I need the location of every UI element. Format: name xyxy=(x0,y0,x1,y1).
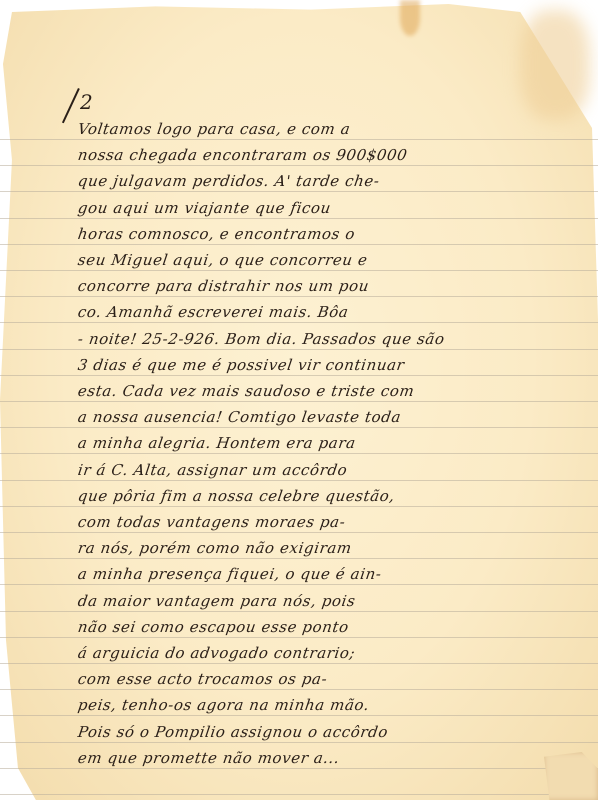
ruled-line xyxy=(0,165,598,166)
text-line: - noite! 25-2-926. Bom dia. Passados que… xyxy=(77,330,592,348)
ruled-line xyxy=(0,558,598,559)
text-line: a nossa ausencia! Comtigo levaste toda xyxy=(77,408,592,426)
ruled-line xyxy=(0,139,598,140)
paper-stain xyxy=(520,10,590,120)
ruled-line xyxy=(0,218,598,219)
text-line: a minha alegria. Hontem era para xyxy=(77,434,592,452)
ruled-line xyxy=(0,453,598,454)
ruled-line xyxy=(0,191,598,192)
ruled-line xyxy=(0,742,598,743)
ruled-line xyxy=(0,480,598,481)
text-line: em que promette não mover a... xyxy=(77,749,592,767)
ruled-line xyxy=(0,768,598,769)
text-line: ir á C. Alta, assignar um accôrdo xyxy=(77,461,592,479)
ruled-line xyxy=(0,296,598,297)
page-number: 2 xyxy=(80,90,93,114)
text-line: com esse acto trocamos os pa- xyxy=(77,670,592,688)
text-line: que julgavam perdidos. A' tarde che- xyxy=(77,172,592,190)
text-line: da maior vantagem para nós, pois xyxy=(77,592,592,610)
ruled-line xyxy=(0,611,598,612)
text-line: Pois só o Pompilio assignou o accôrdo xyxy=(77,723,592,741)
ruled-line xyxy=(0,401,598,402)
ruled-line xyxy=(0,322,598,323)
text-line: com todas vantagens moraes pa- xyxy=(77,513,592,531)
text-line: seu Miguel aqui, o que concorreu e xyxy=(77,251,592,269)
text-line: gou aqui um viajante que ficou xyxy=(77,199,592,217)
text-line: co. Amanhã escreverei mais. Bôa xyxy=(77,303,592,321)
text-line: ra nós, porém como não exigiram xyxy=(77,539,592,557)
ruled-line xyxy=(0,715,598,716)
text-line: nossa chegada encontraram os 900$000 xyxy=(77,146,592,164)
text-line: 3 dias é que me é possivel vir continuar xyxy=(77,356,592,374)
ruled-line xyxy=(0,349,598,350)
ruled-line xyxy=(0,270,598,271)
ruled-line xyxy=(0,663,598,664)
text-line: não sei como escapou esse ponto xyxy=(77,618,592,636)
text-line: Voltamos logo para casa, e com a xyxy=(77,120,592,138)
ruled-line xyxy=(0,637,598,638)
text-line: horas comnosco, e encontramos o xyxy=(77,225,592,243)
ruled-line xyxy=(0,532,598,533)
text-line: a minha presença fiquei, o que é ain- xyxy=(77,565,592,583)
text-line: á arguicia do advogado contrario; xyxy=(77,644,592,662)
paper-stain xyxy=(400,0,420,36)
ruled-line xyxy=(0,584,598,585)
ruled-line xyxy=(0,244,598,245)
text-line: que pôria fim a nossa celebre questão, xyxy=(77,487,592,505)
ruled-line xyxy=(0,689,598,690)
text-line: concorre para distrahir nos um pou xyxy=(77,277,592,295)
ruled-line xyxy=(0,427,598,428)
ruled-line xyxy=(0,375,598,376)
ruled-line xyxy=(0,794,598,795)
text-line: esta. Cada vez mais saudoso e triste com xyxy=(77,382,592,400)
text-line: peis, tenho-os agora na minha mão. xyxy=(77,696,592,714)
ruled-line xyxy=(0,506,598,507)
